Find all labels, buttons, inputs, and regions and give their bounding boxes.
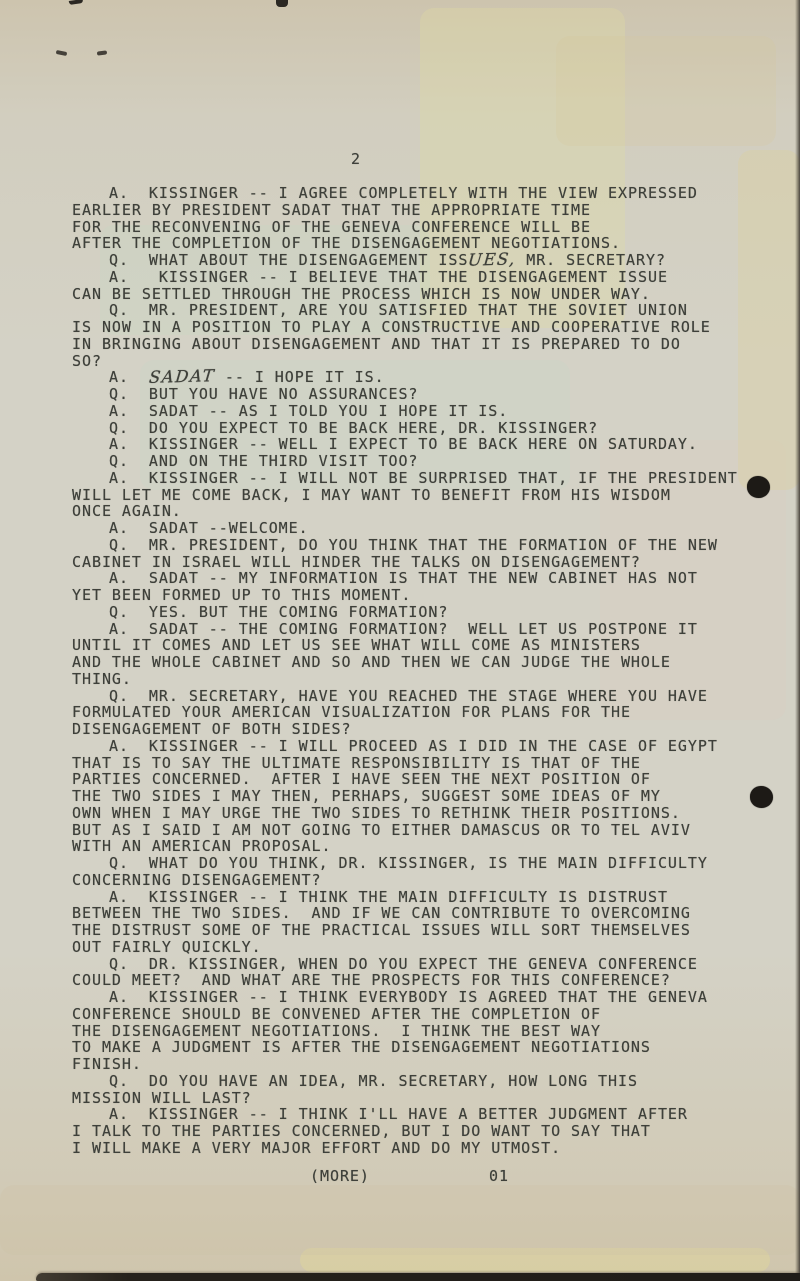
transcript: A. KISSINGER -- I AGREE COMPLETELY WITH … — [72, 185, 772, 1157]
transcript-line: Q. DR. KISSINGER, WHEN DO YOU EXPECT THE… — [72, 956, 772, 973]
paper-edge-shadow — [795, 0, 800, 1281]
hole-punch-dot-bottom — [750, 786, 773, 808]
transcript-line: MISSION WILL LAST? — [72, 1090, 772, 1107]
paper-stain — [0, 1185, 800, 1255]
transcript-line: A. KISSINGER -- I THINK EVERYBODY IS AGR… — [72, 989, 772, 1006]
transcript-line: CABINET IN ISRAEL WILL HINDER THE TALKS … — [72, 554, 772, 571]
transcript-line: FOR THE RECONVENING OF THE GENEVA CONFER… — [72, 219, 772, 236]
transcript-line: DISENGAGEMENT OF BOTH SIDES? — [72, 721, 772, 738]
transcript-line: A. SADAT -- MY INFORMATION IS THAT THE N… — [72, 570, 772, 587]
transcript-line: FORMULATED YOUR AMERICAN VISUALIZATION F… — [72, 704, 772, 721]
transcript-line: YET BEEN FORMED UP TO THIS MOMENT. — [72, 587, 772, 604]
page-number: 2 — [351, 150, 361, 168]
scan-artifact-mark — [69, 0, 83, 5]
transcript-line: A. KISSINGER -- I BELIEVE THAT THE DISEN… — [72, 269, 772, 286]
transcript-line: AFTER THE COMPLETION OF THE DISENGAGEMEN… — [72, 235, 772, 252]
transcript-line: UNTIL IT COMES AND LET US SEE WHAT WILL … — [72, 637, 772, 654]
paper-stain — [556, 36, 776, 146]
transcript-line: Q. AND ON THE THIRD VISIT TOO? — [72, 453, 772, 470]
footer-more-label: (MORE) — [310, 1167, 370, 1185]
transcript-line: COULD MEET? AND WHAT ARE THE PROSPECTS F… — [72, 972, 772, 989]
transcript-line: Q. MR. PRESIDENT, ARE YOU SATISFIED THAT… — [72, 302, 772, 319]
transcript-line: A. KISSINGER -- I WILL PROCEED AS I DID … — [72, 738, 772, 755]
transcript-line: OWN WHEN I MAY URGE THE TWO SIDES TO RET… — [72, 805, 772, 822]
transcript-line: Q. WHAT DO YOU THINK, DR. KISSINGER, IS … — [72, 855, 772, 872]
transcript-line: ONCE AGAIN. — [72, 503, 772, 520]
transcript-line: CAN BE SETTLED THROUGH THE PROCESS WHICH… — [72, 286, 772, 303]
transcript-line: I WILL MAKE A VERY MAJOR EFFORT AND DO M… — [72, 1140, 772, 1157]
transcript-line: BUT AS I SAID I AM NOT GOING TO EITHER D… — [72, 822, 772, 839]
transcript-line: THING. — [72, 671, 772, 688]
transcript-line: OUT FAIRLY QUICKLY. — [72, 939, 772, 956]
transcript-line: A. KISSINGER -- I AGREE COMPLETELY WITH … — [72, 185, 772, 202]
transcript-line: A. SADAT --WELCOME. — [72, 520, 772, 537]
transcript-line: BETWEEN THE TWO SIDES. AND IF WE CAN CON… — [72, 905, 772, 922]
transcript-line: IS NOW IN A POSITION TO PLAY A CONSTRUCT… — [72, 319, 772, 336]
transcript-line: A. SADAT -- THE COMING FORMATION? WELL L… — [72, 621, 772, 638]
handwritten-correction: SADAT — [148, 368, 216, 387]
paper-stain — [300, 1248, 770, 1272]
pencil-dash-mark — [56, 50, 68, 56]
transcript-line: Q. WHAT ABOUT THE DISENGAGEMENT ISSUES, … — [72, 252, 772, 269]
transcript-line: THE DISENGAGEMENT NEGOTIATIONS. I THINK … — [72, 1023, 772, 1040]
transcript-line: PARTIES CONCERNED. AFTER I HAVE SEEN THE… — [72, 771, 772, 788]
transcript-line: CONCERNING DISENGAGEMENT? — [72, 872, 772, 889]
transcript-line: EARLIER BY PRESIDENT SADAT THAT THE APPR… — [72, 202, 772, 219]
transcript-line: A. KISSINGER -- I THINK THE MAIN DIFFICU… — [72, 889, 772, 906]
transcript-line: Q. DO YOU EXPECT TO BE BACK HERE, DR. KI… — [72, 420, 772, 437]
transcript-line: A. KISSINGER -- I WILL NOT BE SURPRISED … — [72, 470, 772, 487]
transcript-line: WILL LET ME COME BACK, I MAY WANT TO BEN… — [72, 487, 772, 504]
transcript-line: Q. YES. BUT THE COMING FORMATION? — [72, 604, 772, 621]
transcript-line: Q. MR. SECRETARY, HAVE YOU REACHED THE S… — [72, 688, 772, 705]
transcript-line: THE TWO SIDES I MAY THEN, PERHAPS, SUGGE… — [72, 788, 772, 805]
scan-artifact-mark — [276, 0, 288, 7]
transcript-line: A. SADAT -- I HOPE IT IS. — [72, 369, 772, 386]
transcript-line: A. KISSINGER -- I THINK I'LL HAVE A BETT… — [72, 1106, 772, 1123]
transcript-line: CONFERENCE SHOULD BE CONVENED AFTER THE … — [72, 1006, 772, 1023]
transcript-line: Q. DO YOU HAVE AN IDEA, MR. SECRETARY, H… — [72, 1073, 772, 1090]
transcript-line: AND THE WHOLE CABINET AND SO AND THEN WE… — [72, 654, 772, 671]
transcript-line: A. KISSINGER -- WELL I EXPECT TO BE BACK… — [72, 436, 772, 453]
pencil-dash-mark — [97, 50, 107, 55]
transcript-line: IN BRINGING ABOUT DISENGAGEMENT AND THAT… — [72, 336, 772, 353]
transcript-line: Q. MR. PRESIDENT, DO YOU THINK THAT THE … — [72, 537, 772, 554]
transcript-line: THAT IS TO SAY THE ULTIMATE RESPONSIBILI… — [72, 755, 772, 772]
transcript-line: A. SADAT -- AS I TOLD YOU I HOPE IT IS. — [72, 403, 772, 420]
transcript-line: WITH AN AMERICAN PROPOSAL. — [72, 838, 772, 855]
footer-page-code: 01 — [489, 1167, 509, 1185]
transcript-line: Q. BUT YOU HAVE NO ASSURANCES? — [72, 386, 772, 403]
transcript-line: TO MAKE A JUDGMENT IS AFTER THE DISENGAG… — [72, 1039, 772, 1056]
transcript-line: FINISH. — [72, 1056, 772, 1073]
hole-punch-dot-top — [747, 476, 770, 498]
scan-edge-bar — [36, 1273, 800, 1281]
handwritten-correction: UES, — [468, 251, 518, 269]
transcript-line: THE DISTRUST SOME OF THE PRACTICAL ISSUE… — [72, 922, 772, 939]
scanned-document-page: 2 A. KISSINGER -- I AGREE COMPLETELY WIT… — [0, 0, 800, 1281]
transcript-line: I TALK TO THE PARTIES CONCERNED, BUT I D… — [72, 1123, 772, 1140]
